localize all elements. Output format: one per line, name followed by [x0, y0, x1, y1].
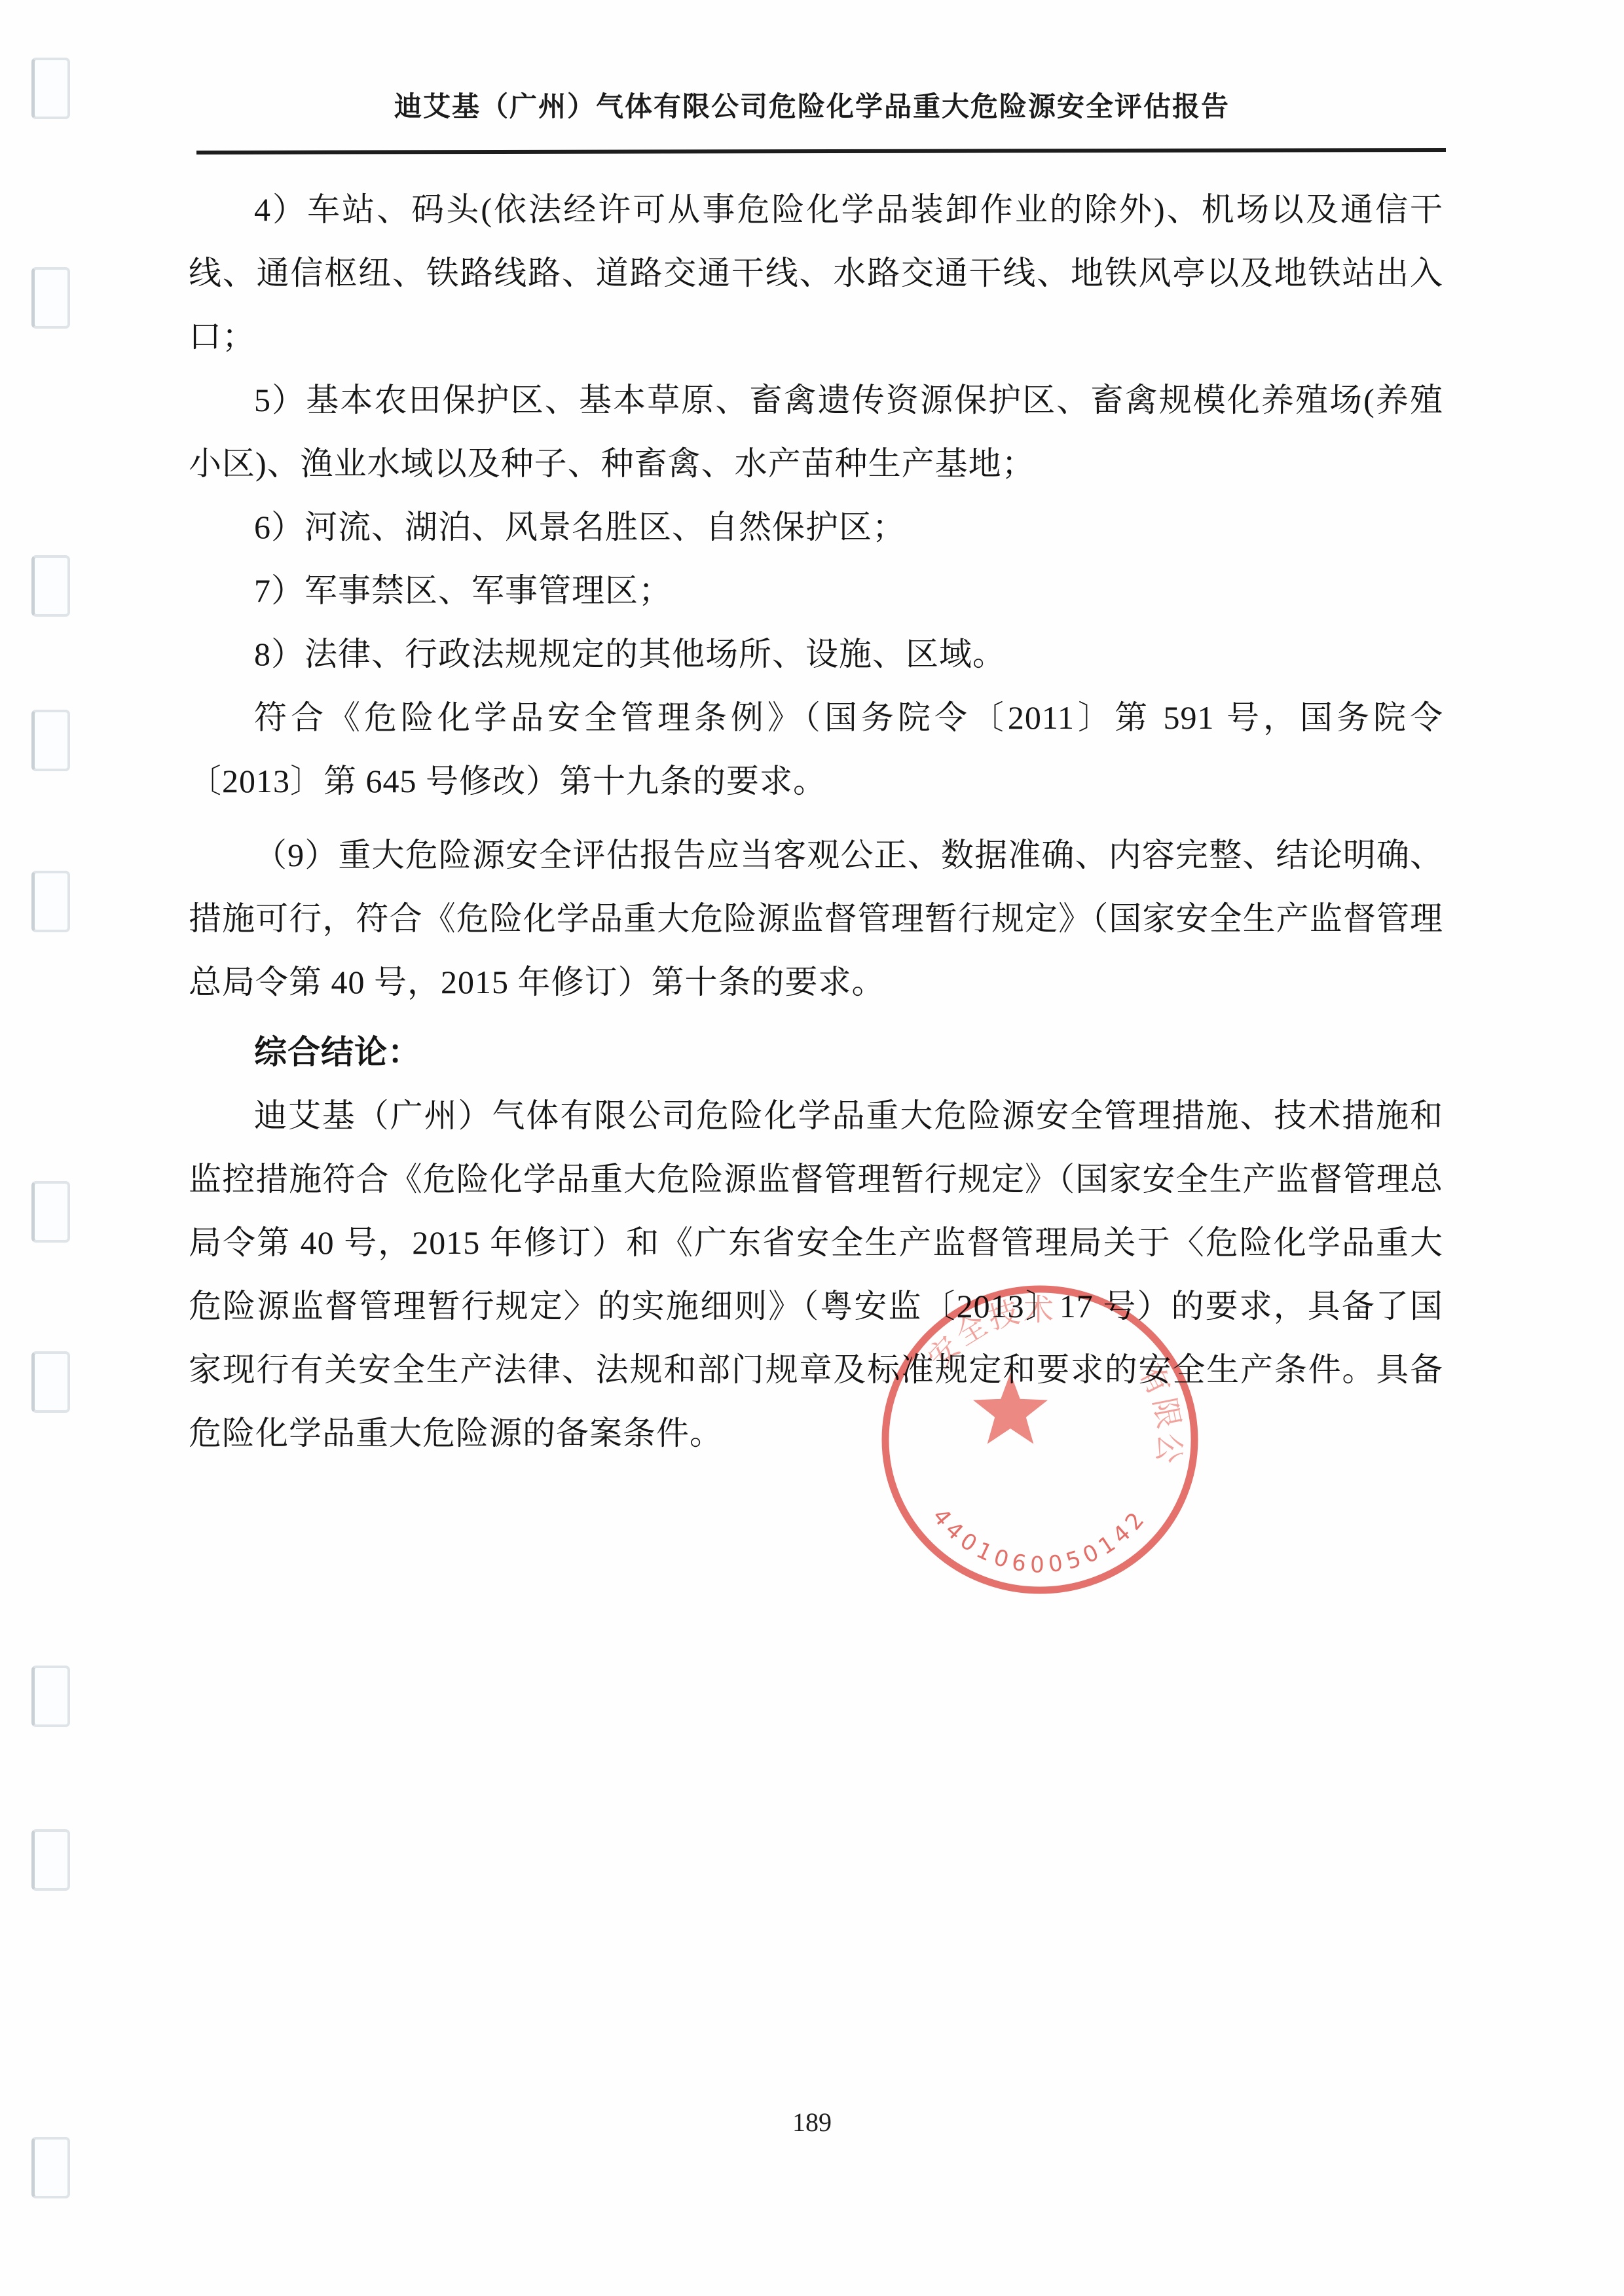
- svg-text:4401060050142: 4401060050142: [927, 1504, 1153, 1578]
- conclusion-heading: 综合结论：: [189, 1021, 1443, 1084]
- report-page: 迪艾基（广州）气体有限公司危险化学品重大危险源安全评估报告 4）车站、码头(依法…: [0, 0, 1624, 2296]
- paragraph-item-8: 8）法律、行政法规规定的其他场所、设施、区域。: [189, 623, 1443, 686]
- paragraph-item-4: 4）车站、码头(依法经许可从事危险化学品装卸作业的除外)、机场以及通信干线、通信…: [189, 178, 1443, 369]
- binding-hole-mark: [31, 710, 70, 771]
- binding-hole-mark: [31, 1829, 70, 1891]
- binding-hole-mark: [31, 58, 70, 119]
- page-header-title: 迪艾基（广州）气体有限公司危险化学品重大危险源安全评估报告: [0, 85, 1624, 124]
- paragraph-item-5: 5）基本农田保护区、基本草原、畜禽遗传资源保护区、畜禽规模化养殖场(养殖小区)、…: [189, 369, 1443, 496]
- conclusion-paragraph: 迪艾基（广州）气体有限公司危险化学品重大危险源安全管理措施、技术措施和监控措施符…: [189, 1084, 1443, 1465]
- paragraph-item-6: 6）河流、湖泊、风景名胜区、自然保护区；: [189, 496, 1443, 559]
- binding-hole-mark: [31, 1666, 70, 1727]
- page-number: 189: [0, 2107, 1624, 2138]
- binding-hole-mark: [31, 871, 70, 932]
- binding-hole-mark: [31, 1181, 70, 1243]
- binding-hole-mark: [31, 555, 70, 617]
- paragraph-item-7: 7）军事禁区、军事管理区；: [189, 559, 1443, 623]
- seal-number: 4401060050142: [927, 1504, 1153, 1578]
- paragraph-item-9: （9）重大危险源安全评估报告应当客观公正、数据准确、内容完整、结论明确、措施可行…: [189, 824, 1443, 1014]
- binding-hole-mark: [31, 2137, 70, 2198]
- document-body: 4）车站、码头(依法经许可从事危险化学品装卸作业的除外)、机场以及通信干线、通信…: [189, 178, 1443, 1465]
- binding-hole-mark: [31, 1351, 70, 1413]
- header-rule: [196, 148, 1446, 155]
- paragraph-compliance-591: 符合《危险化学品安全管理条例》（国务院令〔2011〕第 591 号，国务院令〔2…: [189, 686, 1443, 813]
- binding-hole-mark: [31, 267, 70, 329]
